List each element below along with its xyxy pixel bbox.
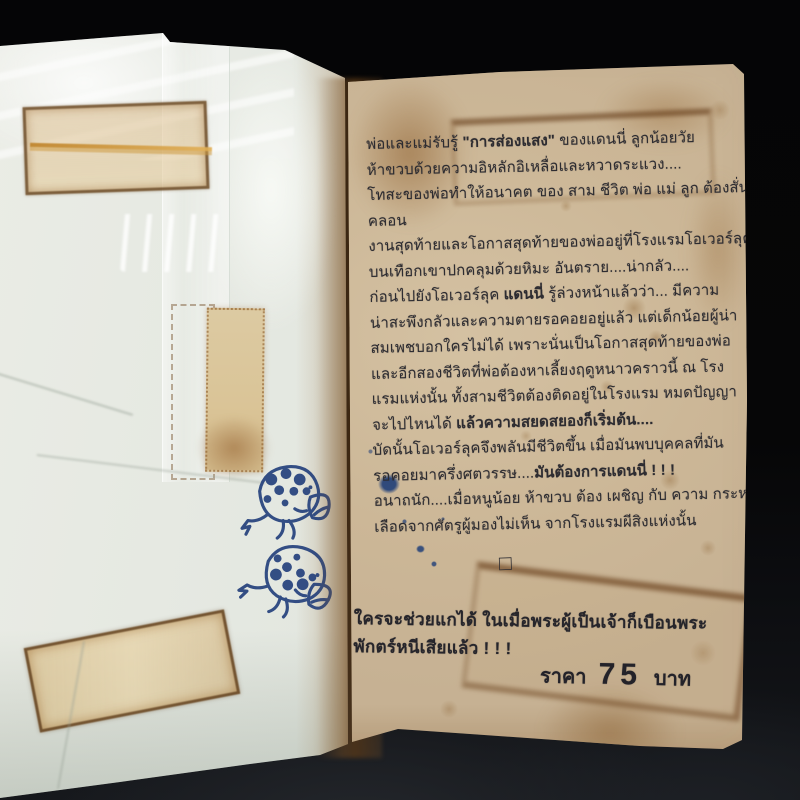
blurb-text: ห้าขวบด้วยความอิหลักอิเหลื่อและหวาดระแวง… <box>367 155 682 179</box>
blurb-text: รู้ล่วงหน้าแล้วว่า... มีความ <box>544 282 720 303</box>
blurb-text: บนเทือกเขาปกคลุมด้วยหิมะ อันตราย....น่าก… <box>369 257 690 281</box>
blurb: พ่อและแม่รับรู้ "การส่องแสง" ของแดนนี่ ล… <box>366 124 749 540</box>
blurb-text: พ่อและแม่รับรู้ <box>366 134 463 153</box>
blurb-text: บัดนั้นโอเวอร์ลุคจึงพลันมีชีวิตขึ้น เมื่… <box>372 435 723 459</box>
blurb-text: มันต้องการแดนนี่ <box>534 462 647 481</box>
price-amount: 75 <box>598 658 642 693</box>
blurb-text: รอคอยมาครึ่งศตวรรษ.... <box>373 464 534 484</box>
blurb-text: "การส่องแสง" <box>462 132 555 151</box>
blurb-text: จะไปไหนได้ <box>372 415 456 434</box>
price-unit: บาท <box>654 662 692 695</box>
blurb-text: สมเพชบอกใครไม่ได้ เพราะนั่นเป็นโอกาสสุดท… <box>370 332 731 357</box>
blurb-text: ของแดนนี่ ลูกน้อยวัย <box>555 129 695 149</box>
blurb-text: คลอน <box>368 212 407 230</box>
blurb-text: งานสุดท้ายและโอกาสสุดท้ายของพ่ออยู่ที่โร… <box>368 230 752 255</box>
price-line: ราคา 75 บาท <box>540 656 692 694</box>
blurb-text: เลือดจากศัตรูผู้มองไม่เห็น จากโรงแรมผีสิ… <box>374 512 697 536</box>
price-label: ราคา <box>540 659 587 692</box>
blurb-text: แล้วความสยดสยองก็เริ่มต้น.... <box>456 411 654 432</box>
blurb-text: โทสะของพ่อทำให้อนาคต ของ สาม ชีวิต พ่อ แ… <box>367 179 749 204</box>
blurb-text: น่าสะพึงกลัวและความตายรอคอยอยู่แล้ว แต่เ… <box>370 307 738 332</box>
blurb-text: ! ! ! <box>647 461 675 479</box>
blurb-text: และอีกสองชีวิตที่พ่อต้องหาเลี้ยงฤดูหนาวค… <box>371 358 724 382</box>
plastic-cover-sheen-middle <box>118 214 228 272</box>
square-mark: □ <box>499 552 513 576</box>
paper-crease <box>0 370 133 416</box>
blurb-text: ก่อนไปยังโอเวอร์ลุค <box>369 286 504 306</box>
blurb-text: อนาถนัก....เมื่อหนูน้อย ห้าขวบ ต้อง เผชิ… <box>374 485 766 510</box>
blurb-text: แรมแห่งนั้น ทั้งสามชีวิตต้องติดอยู่ในโรง… <box>371 383 737 408</box>
blurb-text: แดนนี่ <box>503 285 544 303</box>
photo-open-book: พ่อและแม่รับรู้ "การส่องแสง" ของแดนนี่ ล… <box>0 0 800 800</box>
